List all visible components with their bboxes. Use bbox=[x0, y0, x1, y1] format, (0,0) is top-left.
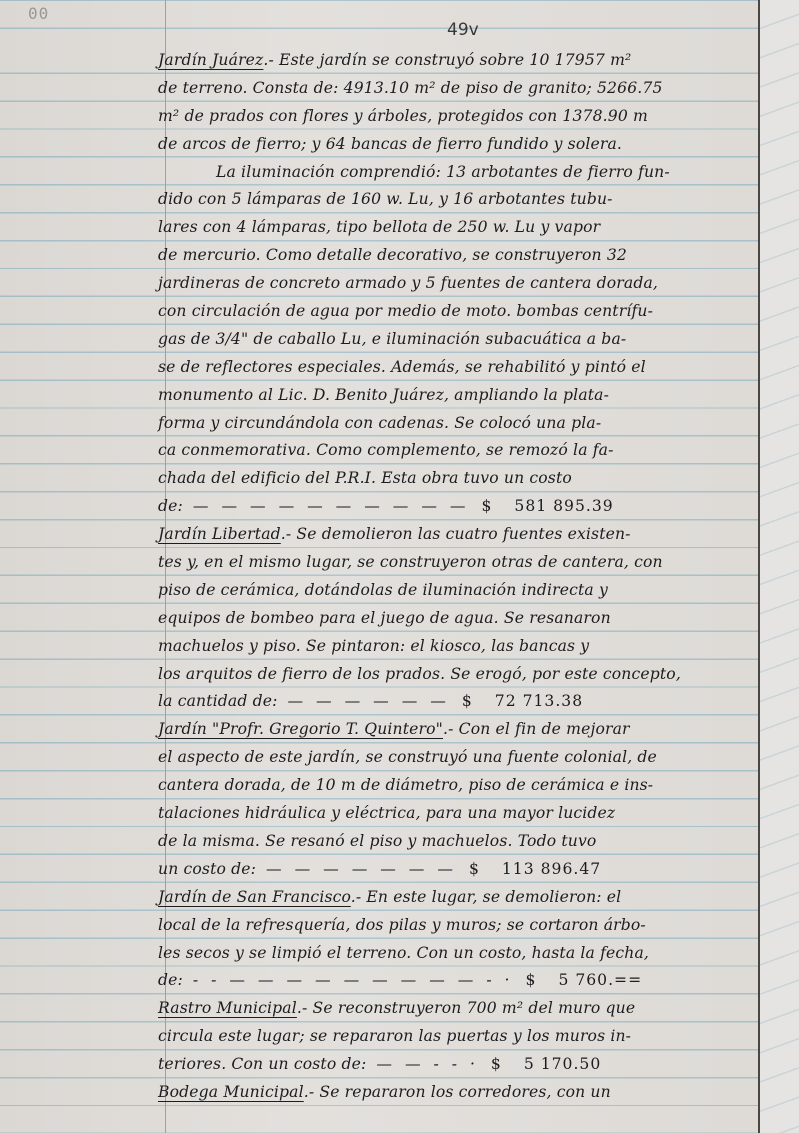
line-text: un costo de: bbox=[158, 860, 256, 878]
line-text: talaciones hidráulica y eléctrica, para … bbox=[158, 804, 615, 822]
line-text: tes y, en el mismo lugar, se construyero… bbox=[158, 553, 663, 571]
line-text: monumento al Lic. D. Benito Juárez, ampl… bbox=[158, 386, 609, 404]
line-text: de: bbox=[158, 971, 183, 989]
cost-amount: 113 896.47 bbox=[502, 856, 601, 884]
line-text: dido con 5 lámparas de 160 w. Lu, y 16 a… bbox=[158, 190, 613, 208]
section-heading: Rastro Municipal bbox=[158, 999, 297, 1017]
line-text: de mercurio. Como detalle decorativo, se… bbox=[158, 246, 627, 264]
cost-amount: 72 713.38 bbox=[495, 688, 583, 716]
line-text: m² de prados con flores y árboles, prote… bbox=[158, 107, 648, 125]
line-text: La iluminación comprendió: 13 arbotantes… bbox=[216, 163, 670, 181]
section-first-line: Jardín Juárez.- Este jardín se construyó… bbox=[158, 47, 758, 75]
section-first-line: Rastro Municipal.- Se reconstruyeron 700… bbox=[158, 995, 758, 1023]
text-line: gas de 3/4" de caballo Lu, e iluminación… bbox=[158, 326, 758, 354]
line-text: .- Se reconstruyeron 700 m² del muro que bbox=[297, 999, 635, 1017]
text-line: de:— — — — — — — — — —$581 895.39 bbox=[158, 493, 758, 521]
line-text: lares con 4 lámparas, tipo bellota de 25… bbox=[158, 218, 600, 236]
handwritten-body: Jardín Juárez.- Este jardín se construyó… bbox=[158, 47, 758, 1107]
line-text: forma y circundándola con cadenas. Se co… bbox=[158, 414, 601, 432]
section-heading: Bodega Municipal bbox=[158, 1083, 304, 1101]
leader-dashes: — — - - · bbox=[376, 1055, 479, 1073]
text-line: La iluminación comprendió: 13 arbotantes… bbox=[158, 159, 758, 187]
text-line: dido con 5 lámparas de 160 w. Lu, y 16 a… bbox=[158, 186, 758, 214]
line-text: les secos y se limpió el terreno. Con un… bbox=[158, 944, 649, 962]
currency-symbol: $ bbox=[481, 493, 492, 521]
cost-amount: 581 895.39 bbox=[514, 493, 613, 521]
line-text: cantera dorada, de 10 m de diámetro, pis… bbox=[158, 776, 653, 794]
text-line: talaciones hidráulica y eléctrica, para … bbox=[158, 800, 758, 828]
leader-dashes: — — — — — — bbox=[288, 692, 450, 710]
text-line: les secos y se limpió el terreno. Con un… bbox=[158, 940, 758, 968]
text-line: de mercurio. Como detalle decorativo, se… bbox=[158, 242, 758, 270]
text-line: de la misma. Se resanó el piso y machuel… bbox=[158, 828, 758, 856]
text-line: forma y circundándola con cadenas. Se co… bbox=[158, 410, 758, 438]
text-line: cantera dorada, de 10 m de diámetro, pis… bbox=[158, 772, 758, 800]
line-text: el aspecto de este jardín, se construyó … bbox=[158, 748, 657, 766]
section-heading: Jardín Libertad bbox=[158, 525, 281, 543]
adjacent-page bbox=[760, 0, 799, 1133]
text-line: jardineras de concreto armado y 5 fuente… bbox=[158, 270, 758, 298]
cost-amount: 5 760.== bbox=[558, 967, 642, 995]
section-first-line: Jardín Libertad.- Se demolieron las cuat… bbox=[158, 521, 758, 549]
page-number: 49v bbox=[447, 20, 479, 40]
line-text: se de reflectores especiales. Además, se… bbox=[158, 358, 646, 376]
text-line: de arcos de fierro; y 64 bancas de fierr… bbox=[158, 131, 758, 159]
line-text: .- Se demolieron las cuatro fuentes exis… bbox=[281, 525, 631, 543]
line-text: de la misma. Se resanó el piso y machuel… bbox=[158, 832, 596, 850]
cost-amount: 5 170.50 bbox=[524, 1051, 601, 1079]
text-line: tes y, en el mismo lugar, se construyero… bbox=[158, 549, 758, 577]
line-text: jardineras de concreto armado y 5 fuente… bbox=[158, 274, 658, 292]
line-text: los arquitos de fierro de los prados. Se… bbox=[158, 665, 681, 683]
line-text: piso de cerámica, dotándolas de iluminac… bbox=[158, 581, 608, 599]
section-heading: Jardín de San Francisco bbox=[158, 888, 351, 906]
text-line: m² de prados con flores y árboles, prote… bbox=[158, 103, 758, 131]
section-first-line: Bodega Municipal.- Se repararon los corr… bbox=[158, 1079, 758, 1107]
line-text: .- Se repararon los corredores, con un bbox=[304, 1083, 611, 1101]
text-line: lares con 4 lámparas, tipo bellota de 25… bbox=[158, 214, 758, 242]
text-line: piso de cerámica, dotándolas de iluminac… bbox=[158, 577, 758, 605]
line-text: machuelos y piso. Se pintaron: el kiosco… bbox=[158, 637, 589, 655]
line-text: teriores. Con un costo de: bbox=[158, 1055, 366, 1073]
text-line: teriores. Con un costo de:— — - - ·$5 17… bbox=[158, 1051, 758, 1079]
text-line: se de reflectores especiales. Además, se… bbox=[158, 354, 758, 382]
line-text: .- En este lugar, se demolieron: el bbox=[351, 888, 622, 906]
text-line: chada del edificio del P.R.I. Esta obra … bbox=[158, 465, 758, 493]
text-line: machuelos y piso. Se pintaron: el kiosco… bbox=[158, 633, 758, 661]
line-text: de: bbox=[158, 497, 183, 515]
text-line: de terreno. Consta de: 4913.10 m² de pis… bbox=[158, 75, 758, 103]
line-text: gas de 3/4" de caballo Lu, e iluminación… bbox=[158, 330, 626, 348]
line-text: de terreno. Consta de: 4913.10 m² de pis… bbox=[158, 79, 663, 97]
currency-symbol: $ bbox=[491, 1051, 502, 1079]
text-line: un costo de:— — — — — — —$113 896.47 bbox=[158, 856, 758, 884]
text-line: con circulación de agua por medio de mot… bbox=[158, 298, 758, 326]
line-text: la cantidad de: bbox=[158, 692, 278, 710]
line-text: local de la refresquería, dos pilas y mu… bbox=[158, 916, 646, 934]
leader-dashes: - - — — — — — — — — — - · bbox=[193, 971, 514, 989]
text-line: los arquitos de fierro de los prados. Se… bbox=[158, 661, 758, 689]
section-heading: Jardín Juárez bbox=[158, 51, 263, 69]
section-first-line: Jardín de San Francisco.- En este lugar,… bbox=[158, 884, 758, 912]
line-text: ca conmemorativa. Como complemento, se r… bbox=[158, 441, 614, 459]
text-line: equipos de bombeo para el juego de agua.… bbox=[158, 605, 758, 633]
text-line: de:- - — — — — — — — — — - ·$5 760.== bbox=[158, 967, 758, 995]
line-text: de arcos de fierro; y 64 bancas de fierr… bbox=[158, 135, 622, 153]
line-text: chada del edificio del P.R.I. Esta obra … bbox=[158, 469, 572, 487]
text-line: la cantidad de:— — — — — —$72 713.38 bbox=[158, 688, 758, 716]
leader-dashes: — — — — — — — bbox=[266, 860, 457, 878]
currency-symbol: $ bbox=[469, 856, 480, 884]
text-line: ca conmemorativa. Como complemento, se r… bbox=[158, 437, 758, 465]
leader-dashes: — — — — — — — — — — bbox=[193, 497, 470, 515]
line-text: equipos de bombeo para el juego de agua.… bbox=[158, 609, 611, 627]
corner-mark: 00 bbox=[28, 4, 49, 23]
line-text: con circulación de agua por medio de mot… bbox=[158, 302, 653, 320]
text-line: el aspecto de este jardín, se construyó … bbox=[158, 744, 758, 772]
text-line: local de la refresquería, dos pilas y mu… bbox=[158, 912, 758, 940]
currency-symbol: $ bbox=[526, 967, 537, 995]
currency-symbol: $ bbox=[462, 688, 473, 716]
section-first-line: Jardín "Profr. Gregorio T. Quintero".- C… bbox=[158, 716, 758, 744]
section-heading: Jardín "Profr. Gregorio T. Quintero" bbox=[158, 720, 443, 738]
text-line: monumento al Lic. D. Benito Juárez, ampl… bbox=[158, 382, 758, 410]
notebook-page: 00 49v Jardín Juárez.- Este jardín se co… bbox=[0, 0, 760, 1133]
line-text: .- Con el fin de mejorar bbox=[443, 720, 630, 738]
text-line: circula este lugar; se repararon las pue… bbox=[158, 1023, 758, 1051]
line-text: circula este lugar; se repararon las pue… bbox=[158, 1027, 631, 1045]
line-text: .- Este jardín se construyó sobre 10 179… bbox=[263, 51, 631, 69]
